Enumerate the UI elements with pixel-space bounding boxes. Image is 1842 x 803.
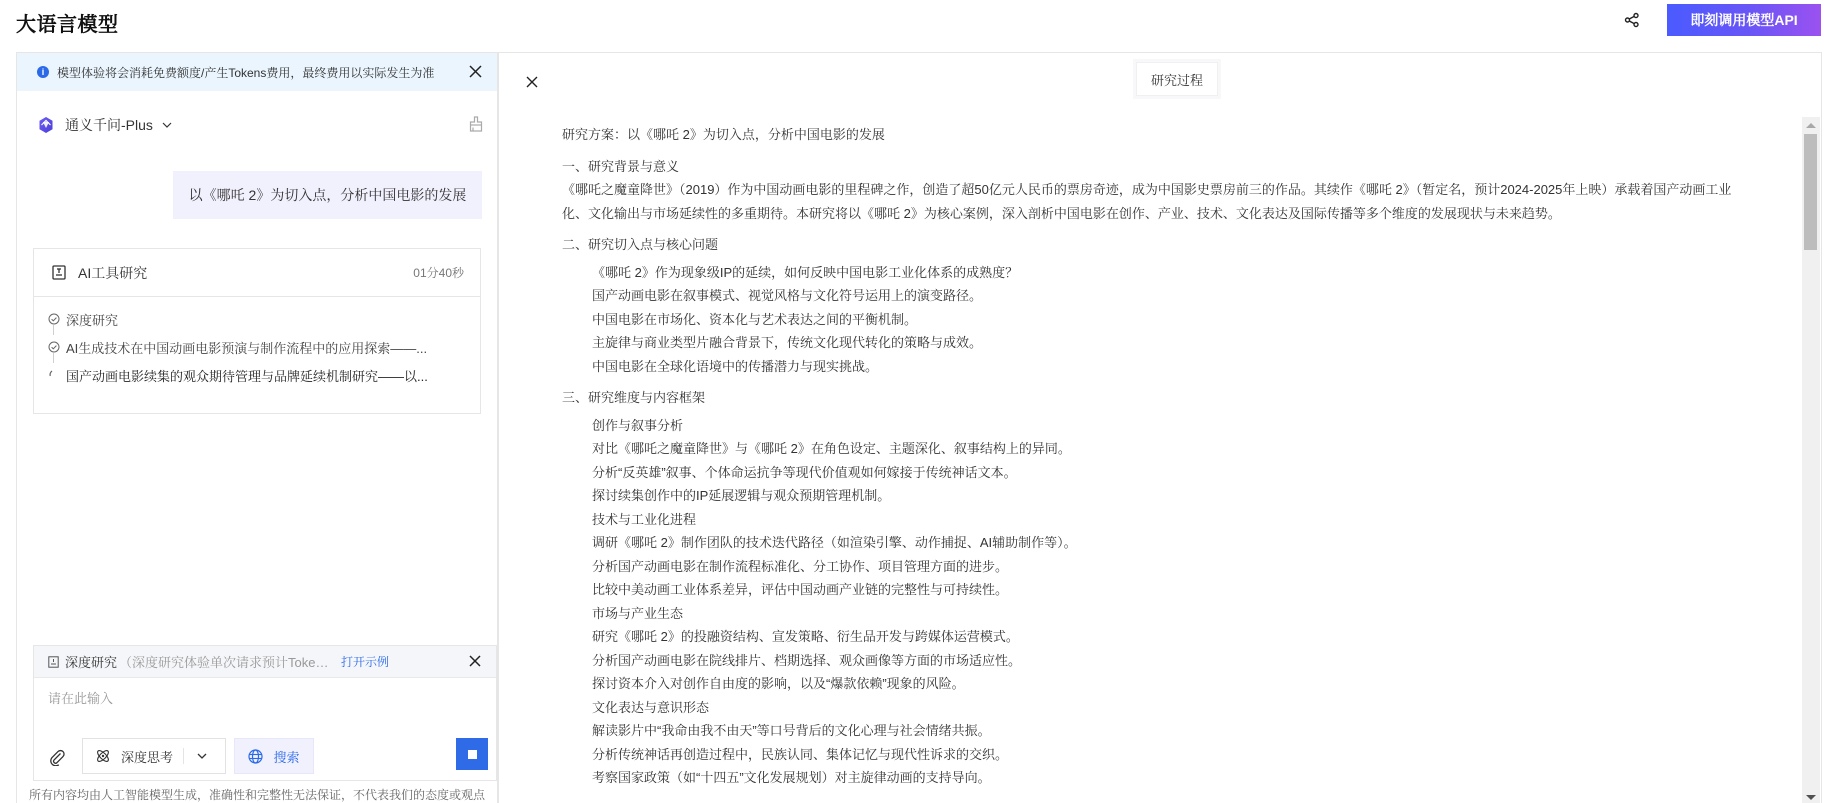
list-item: 《哪吒 2》作为现象级IP的延续，如何反映中国电影工业化体系的成熟度？ (562, 261, 1802, 285)
list-item: 探讨续集创作中的IP延展逻辑与观众预期管理机制。 (562, 484, 1802, 508)
share-icon (1624, 12, 1640, 28)
call-model-api-button[interactable]: 即刻调用模型API (1667, 4, 1821, 36)
list-item: 比较中美动画工业体系差异，评估中国动画产业链的完整性与可持续性。 (562, 578, 1802, 602)
subsection-heading: 创作与叙事分析 (562, 414, 1802, 438)
research-steps: 深度研究 AI生成技术在中国动画电影预演与制作流程中的应用探索——... 国产动… (34, 297, 480, 397)
list-item: 调研《哪吒 2》制作团队的技术迭代路径（如渲染引擎、动作捕捉、AI辅助制作等）。 (562, 531, 1802, 555)
billing-notice: i 模型体验将会消耗免费额度/产生Tokens费用，最终费用以实际发生为准 (17, 53, 497, 91)
top-bar: 大语言模型 即刻调用模型API (0, 0, 1842, 42)
deep-research-mode-bar: 深度研究 （深度研究体验单次请求预计Tokens消... 打开示例 (34, 646, 496, 678)
close-icon[interactable] (525, 75, 539, 89)
doc-title: 研究方案：以《哪吒 2》为切入点，分析中国电影的发展 (562, 123, 1802, 147)
paperclip-icon[interactable] (48, 748, 66, 766)
check-circle-icon (48, 341, 60, 353)
list-item: 国产动画电影在叙事模式、视觉风格与文化符号运用上的演变路径。 (562, 284, 1802, 308)
user-message: 以《哪吒 2》为切入点，分析中国电影的发展 (173, 171, 482, 219)
page-title: 大语言模型 (16, 8, 119, 37)
mode-description: （深度研究体验单次请求预计Tokens消... (119, 652, 331, 671)
close-icon (469, 65, 482, 78)
ai-disclaimer: 所有内容均由人工智能模型生成，准确性和完整性无法保证，不代表我们的态度或观点 (29, 786, 485, 803)
qwen-logo-icon (37, 116, 55, 134)
chat-panel: i 模型体验将会消耗免费额度/产生Tokens费用，最终费用以实际发生为准 通义… (16, 52, 498, 803)
list-item: 中国电影在市场化、资本化与艺术表达之间的平衡机制。 (562, 308, 1802, 332)
notice-close-button[interactable] (465, 61, 485, 81)
search-toggle[interactable]: 搜索 (234, 738, 314, 774)
research-step[interactable]: AI生成技术在中国动画电影预演与制作流程中的应用探索——... (48, 333, 466, 361)
mode-label: 深度研究 (65, 652, 117, 671)
list-item: 主旋律与商业类型片融合背景下，传统文化现代转化的策略与成效。 (562, 331, 1802, 355)
step-label: 国产动画电影续集的观众期待管理与品牌延续机制研究——以... (66, 366, 466, 385)
atom-icon (95, 748, 111, 764)
share-button[interactable] (1620, 8, 1644, 32)
section-heading: 一、研究背景与意义 (562, 155, 1802, 179)
chat-input[interactable] (34, 678, 496, 730)
section-paragraph: 《哪吒之魔童降世》（2019）作为中国动画电影的里程碑之作，创造了超50亿元人民… (562, 178, 1742, 225)
model-name: 通义千问-Plus (65, 115, 153, 135)
chevron-down-icon (196, 750, 208, 762)
document-scrollbar[interactable] (1802, 117, 1820, 803)
ai-tool-research-card: AI工具研究 01分40秒 深度研究 AI生成技术在中国动画电影预演与制作流程中… (33, 248, 481, 414)
deep-think-dropdown[interactable]: 深度思考 (82, 738, 226, 774)
tab-research-process[interactable]: 研究过程 (1136, 62, 1218, 96)
tool-card-header[interactable]: AI工具研究 01分40秒 (34, 249, 480, 297)
document-icon (52, 265, 66, 280)
chat-input-box: 深度研究 （深度研究体验单次请求预计Tokens消... 打开示例 深度思考 (33, 645, 497, 781)
subsection-heading: 文化表达与意识形态 (562, 696, 1802, 720)
section-heading: 三、研究维度与内容框架 (562, 386, 1802, 410)
list-item: 解读影片中“我命由我不由天”等口号背后的文化心理与社会情绪共振。 (562, 719, 1802, 743)
model-selector[interactable]: 通义千问-Plus (37, 113, 173, 137)
scrollbar-thumb[interactable] (1804, 134, 1817, 250)
document-icon (48, 656, 59, 668)
subsection-heading: 技术与工业化进程 (562, 508, 1802, 532)
tool-card-title: AI工具研究 (78, 263, 147, 283)
input-toolbar: 深度思考 搜索 (34, 738, 496, 778)
step-label: 深度研究 (66, 310, 466, 329)
list-item: 对比《哪吒之魔童降世》与《哪吒 2》在角色设定、主题深化、叙事结构上的异同。 (562, 437, 1802, 461)
search-label: 搜索 (273, 747, 299, 766)
stop-generation-button[interactable] (456, 738, 488, 770)
divider (183, 748, 184, 764)
close-icon[interactable] (468, 654, 482, 668)
list-item: 分析国产动画电影在院线排片、档期选择、观众画像等方面的市场适应性。 (562, 649, 1802, 673)
notice-text: 模型体验将会消耗免费额度/产生Tokens费用，最终费用以实际发生为准 (57, 64, 434, 81)
loading-spinner-icon (48, 369, 60, 381)
list-item: 研究《哪吒 2》的投融资结构、宣发策略、衍生品开发与跨媒体运营模式。 (562, 625, 1802, 649)
list-item: 中国电影在全球化语境中的传播潜力与现实挑战。 (562, 355, 1802, 379)
stop-icon (468, 750, 477, 759)
step-label: AI生成技术在中国动画电影预演与制作流程中的应用探索——... (66, 338, 466, 357)
broom-icon[interactable] (467, 115, 485, 133)
deep-think-label: 深度思考 (121, 747, 173, 766)
chevron-down-icon (161, 119, 173, 131)
list-item: 探讨资本介入对创作自由度的影响，以及“爆款依赖”现象的风险。 (562, 672, 1802, 696)
check-circle-icon (48, 313, 60, 325)
research-step[interactable]: 国产动画电影续集的观众期待管理与品牌延续机制研究——以... (48, 361, 466, 389)
scroll-up-arrow-icon[interactable] (1806, 123, 1816, 128)
section-heading: 二、研究切入点与核心问题 (562, 233, 1802, 257)
research-plan-document: 研究方案：以《哪吒 2》为切入点，分析中国电影的发展 一、研究背景与意义 《哪吒… (562, 123, 1802, 803)
elapsed-time: 01分40秒 (413, 264, 464, 281)
list-item: 分析传统神话再创造过程中，民族认同、集体记忆与现代性诉求的交织。 (562, 743, 1802, 767)
list-item: 考察国家政策（如“十四五”文化发展规划）对主旋律动画的支持导向。 (562, 766, 1802, 790)
list-item: 分析“反英雄”叙事、个体命运抗争等现代价值观如何嫁接于传统神话文本。 (562, 461, 1802, 485)
subsection-heading: 市场与产业生态 (562, 602, 1802, 626)
research-step[interactable]: 深度研究 (48, 305, 466, 333)
research-process-panel: 研究过程 研究方案：以《哪吒 2》为切入点，分析中国电影的发展 一、研究背景与意… (498, 52, 1822, 803)
globe-icon (248, 749, 263, 764)
scroll-down-arrow-icon[interactable] (1806, 795, 1816, 800)
open-example-link[interactable]: 打开示例 (341, 653, 389, 670)
list-item: 分析国产动画电影在制作流程标准化、分工协作、项目管理方面的进步。 (562, 555, 1802, 579)
info-icon: i (37, 66, 49, 78)
